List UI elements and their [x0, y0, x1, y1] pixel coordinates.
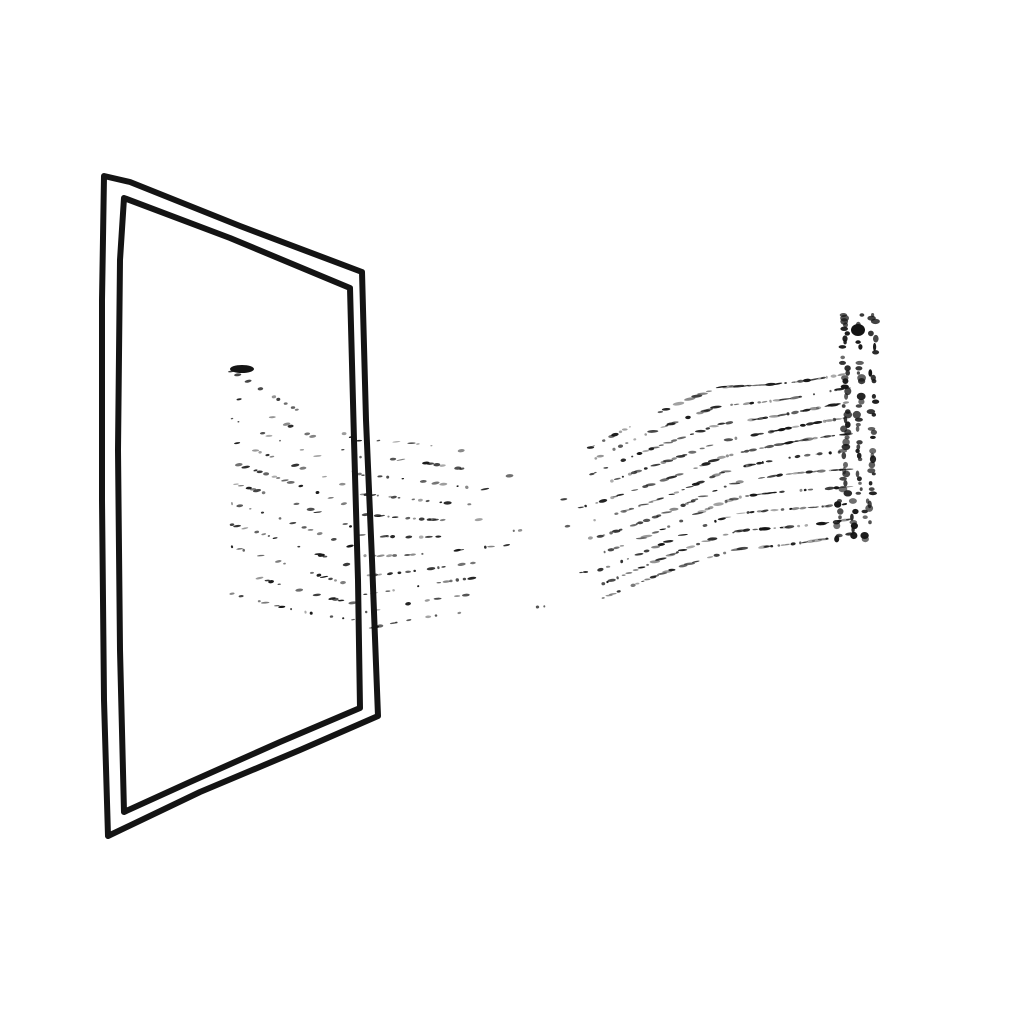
stippled-ribbon	[228, 365, 854, 629]
illustration-canvas	[0, 0, 1024, 1024]
ribbon-end-edge	[833, 313, 880, 542]
